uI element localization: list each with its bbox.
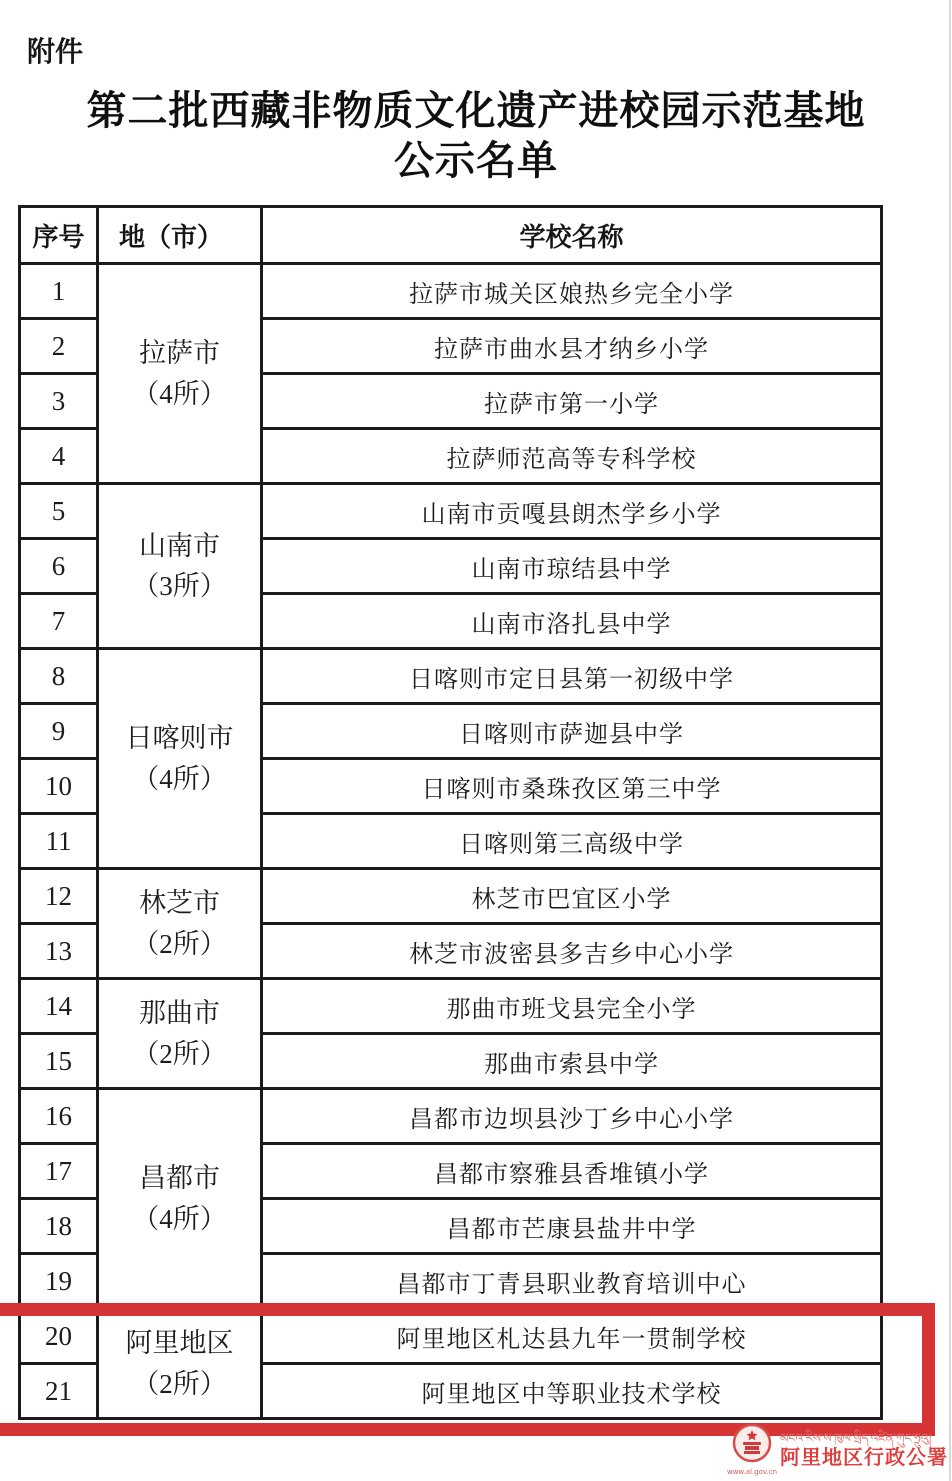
region-name: 阿里地区 — [99, 1323, 260, 1364]
school-name-cell: 拉萨市曲水县才纳乡小学 — [262, 319, 882, 374]
table-row: 12林芝市（2所）林芝市巴宜区小学 — [20, 869, 882, 924]
region-count: （2所） — [99, 1034, 260, 1075]
document-title-line2: 公示名单 — [0, 136, 952, 186]
school-roster-table: 序号 地（市） 学校名称 1拉萨市（4所）拉萨市城关区娘热乡完全小学2拉萨市曲水… — [18, 205, 883, 1420]
table-row: 1拉萨市（4所）拉萨市城关区娘热乡完全小学 — [20, 264, 882, 319]
row-number: 15 — [20, 1034, 98, 1089]
school-name-cell: 那曲市班戈县完全小学 — [262, 979, 882, 1034]
footer-url: www.al.gov.cn — [727, 1468, 777, 1476]
row-number: 16 — [20, 1089, 98, 1144]
region-count: （2所） — [99, 1364, 260, 1405]
region-name: 拉萨市 — [99, 333, 260, 374]
row-number: 8 — [20, 649, 98, 704]
row-number: 14 — [20, 979, 98, 1034]
document-title: 第二批西藏非物质文化遗产进校园示范基地 公示名单 — [0, 86, 952, 186]
school-name-cell: 日喀则市桑珠孜区第三中学 — [262, 759, 882, 814]
region-name: 日喀则市 — [99, 718, 260, 759]
region-cell: 拉萨市（4所） — [98, 264, 262, 484]
column-header-region: 地（市） — [98, 207, 262, 264]
emblem-wrap: www.al.gov.cn — [729, 1423, 775, 1476]
row-number: 9 — [20, 704, 98, 759]
row-number: 17 — [20, 1144, 98, 1199]
school-name-cell: 日喀则市定日县第一初级中学 — [262, 649, 882, 704]
region-cell: 日喀则市（4所） — [98, 649, 262, 869]
table-row: 20阿里地区（2所）阿里地区札达县九年一贯制学校 — [20, 1309, 882, 1364]
row-number: 18 — [20, 1199, 98, 1254]
school-name-cell: 拉萨市第一小学 — [262, 374, 882, 429]
footer-org-name: 阿里地区行政公署 — [780, 1446, 948, 1470]
row-number: 10 — [20, 759, 98, 814]
school-name-cell: 拉萨市城关区娘热乡完全小学 — [262, 264, 882, 319]
table-row: 5山南市（3所）山南市贡嘎县朗杰学乡小学 — [20, 484, 882, 539]
region-cell: 阿里地区（2所） — [98, 1309, 262, 1419]
column-header-number: 序号 — [20, 207, 98, 264]
footer-tibetan-text: མངའ་རིས་ས་ཁུལ་སྲིད་འཛིན་ཀུང་ཧྲུའུ། — [780, 1430, 931, 1446]
column-header-school: 学校名称 — [262, 207, 882, 264]
region-name: 山南市 — [99, 526, 260, 567]
school-name-cell: 昌都市丁青县职业教育培训中心 — [262, 1254, 882, 1309]
region-count: （4所） — [99, 1199, 260, 1240]
document-page: 附件 第二批西藏非物质文化遗产进校园示范基地 公示名单 序号 地（市） 学校名称… — [0, 0, 952, 1481]
region-name: 昌都市 — [99, 1158, 260, 1199]
row-number: 1 — [20, 264, 98, 319]
school-name-cell: 林芝市波密县多吉乡中心小学 — [262, 924, 882, 979]
school-name-cell: 拉萨师范高等专科学校 — [262, 429, 882, 484]
table-row: 14那曲市（2所）那曲市班戈县完全小学 — [20, 979, 882, 1034]
row-number: 12 — [20, 869, 98, 924]
school-name-cell: 日喀则市萨迦县中学 — [262, 704, 882, 759]
row-number: 5 — [20, 484, 98, 539]
table-row: 8日喀则市（4所）日喀则市定日县第一初级中学 — [20, 649, 882, 704]
school-table-body: 1拉萨市（4所）拉萨市城关区娘热乡完全小学2拉萨市曲水县才纳乡小学3拉萨市第一小… — [20, 264, 882, 1419]
row-number: 6 — [20, 539, 98, 594]
region-count: （4所） — [99, 759, 260, 800]
document-title-line1: 第二批西藏非物质文化遗产进校园示范基地 — [0, 86, 952, 136]
region-cell: 山南市（3所） — [98, 484, 262, 649]
table-row: 16昌都市（4所）昌都市边坝县沙丁乡中心小学 — [20, 1089, 882, 1144]
school-name-cell: 山南市贡嘎县朗杰学乡小学 — [262, 484, 882, 539]
row-number: 7 — [20, 594, 98, 649]
school-name-cell: 林芝市巴宜区小学 — [262, 869, 882, 924]
region-name: 那曲市 — [99, 993, 260, 1034]
page-edge-line — [949, 0, 951, 1481]
row-number: 19 — [20, 1254, 98, 1309]
school-name-cell: 山南市洛扎县中学 — [262, 594, 882, 649]
row-number: 4 — [20, 429, 98, 484]
row-number: 20 — [20, 1309, 98, 1364]
school-name-cell: 昌都市芒康县盐井中学 — [262, 1199, 882, 1254]
region-cell: 昌都市（4所） — [98, 1089, 262, 1309]
row-number: 2 — [20, 319, 98, 374]
school-name-cell: 那曲市索县中学 — [262, 1034, 882, 1089]
region-count: （4所） — [99, 374, 260, 415]
row-number: 11 — [20, 814, 98, 869]
row-number: 3 — [20, 374, 98, 429]
school-name-cell: 昌都市边坝县沙丁乡中心小学 — [262, 1089, 882, 1144]
region-name: 林芝市 — [99, 883, 260, 924]
national-emblem-icon — [732, 1423, 772, 1468]
school-name-cell: 昌都市察雅县香堆镇小学 — [262, 1144, 882, 1199]
region-cell: 那曲市（2所） — [98, 979, 262, 1089]
school-name-cell: 阿里地区札达县九年一贯制学校 — [262, 1309, 882, 1364]
footer-text: མངའ་རིས་ས་ཁུལ་སྲིད་འཛིན་ཀུང་ཧྲུའུ། 阿里地区行… — [780, 1430, 948, 1470]
school-name-cell: 日喀则第三高级中学 — [262, 814, 882, 869]
region-count: （2所） — [99, 924, 260, 965]
table-header-row: 序号 地（市） 学校名称 — [20, 207, 882, 264]
school-name-cell: 山南市琼结县中学 — [262, 539, 882, 594]
table-header: 序号 地（市） 学校名称 — [20, 207, 882, 264]
attachment-label: 附件 — [27, 30, 83, 70]
region-count: （3所） — [99, 566, 260, 607]
row-number: 13 — [20, 924, 98, 979]
school-name-cell: 阿里地区中等职业技术学校 — [262, 1364, 882, 1419]
region-cell: 林芝市（2所） — [98, 869, 262, 979]
row-number: 21 — [20, 1364, 98, 1419]
footer-watermark: www.al.gov.cn མངའ་རིས་ས་ཁུལ་སྲིད་འཛིན་ཀུ… — [729, 1423, 948, 1476]
